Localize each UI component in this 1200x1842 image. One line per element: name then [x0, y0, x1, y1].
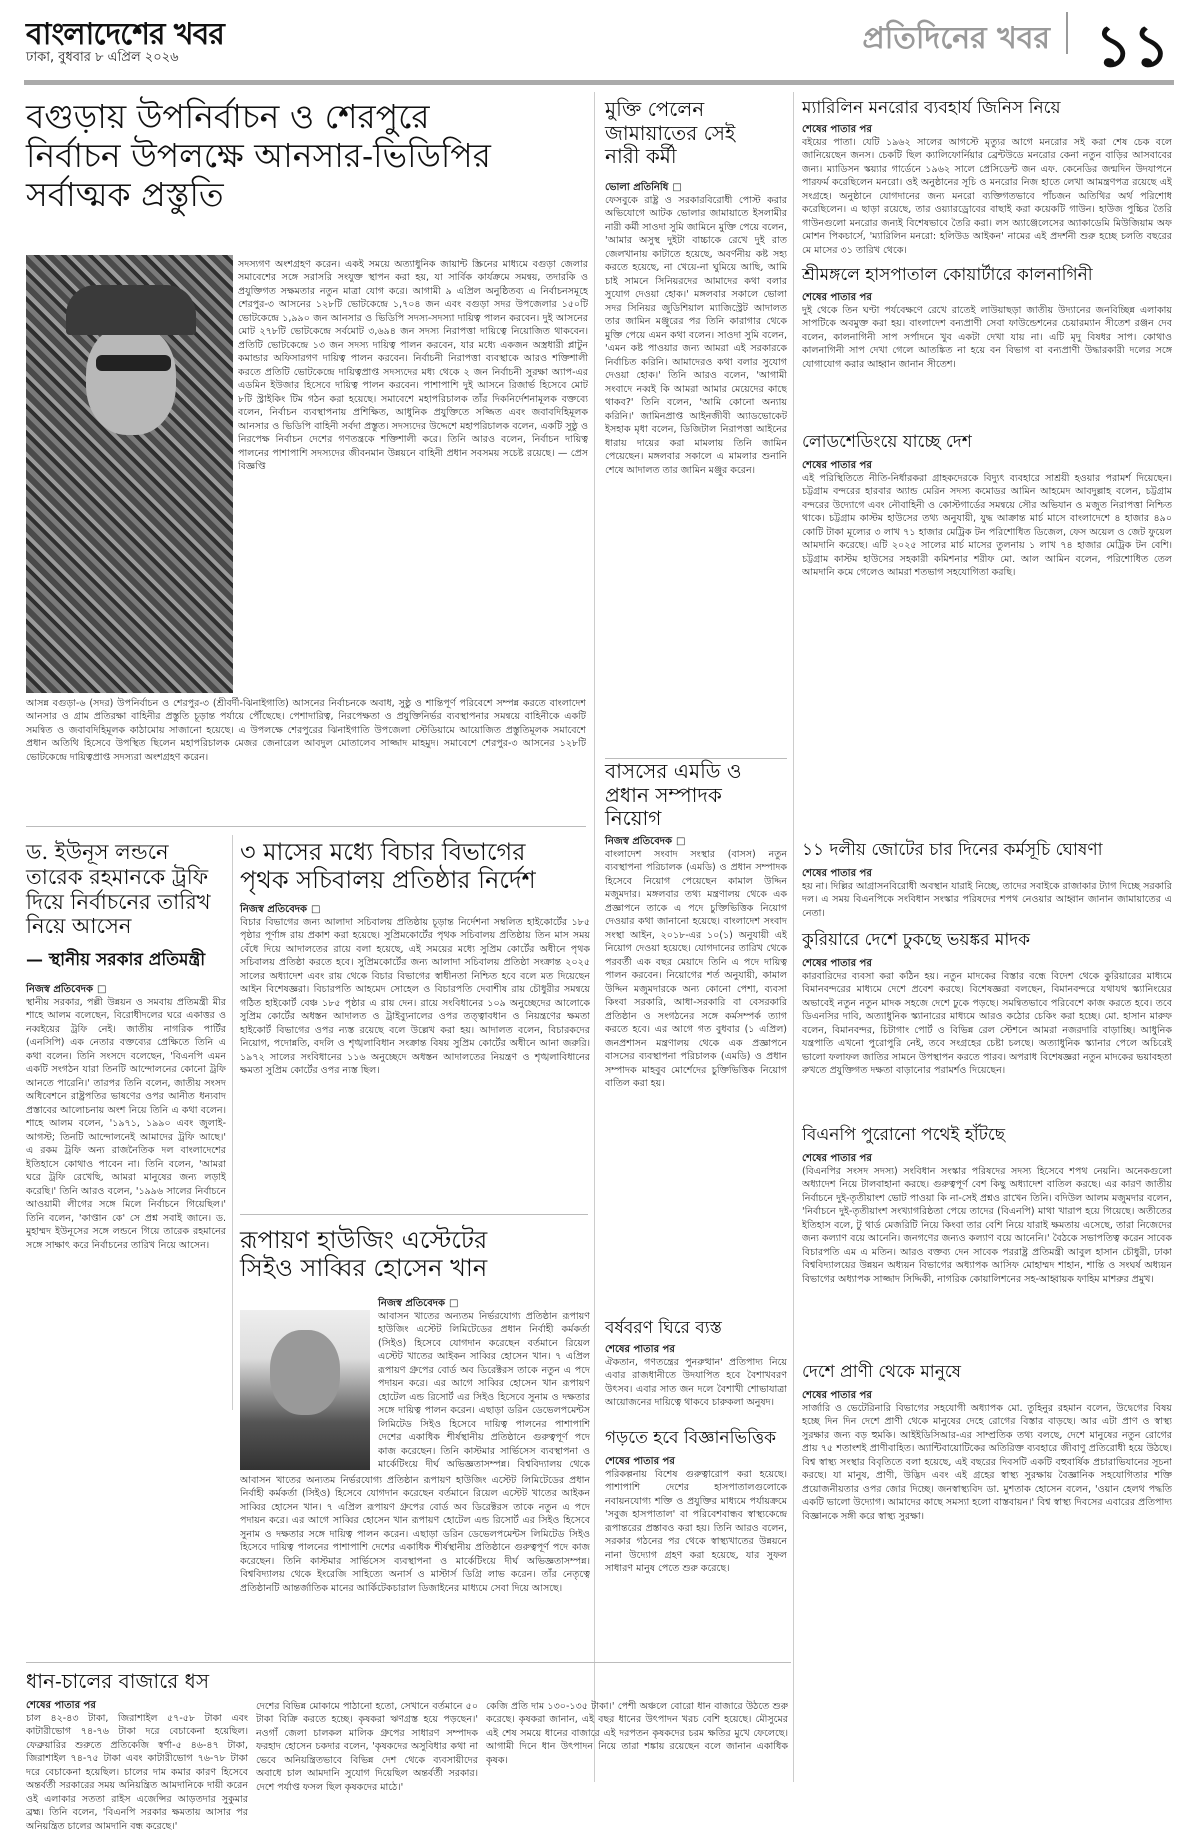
rupayan-headline[interactable]: রূপায়ণ হাউজিং এস্টেটের সিইও সাব্বির হোস… [240, 1226, 590, 1283]
alliance-body: হয় না। দিল্লির আগ্রাসনবিরোধী অবস্থান যা… [802, 880, 1172, 922]
jamaat-headline[interactable]: মুক্তি পেলেন জামায়াতের সেই নারী কর্মী [605, 98, 785, 169]
section-divider [1066, 12, 1068, 54]
lead-caption: আসন্ন বগুড়া-৬ (সদর) উপনির্বাচন ও শেরপুর… [26, 697, 586, 817]
rupayan-ceo-photo [240, 1310, 370, 1470]
sreemangal-headline[interactable]: শ্রীমঙ্গলে হাসপাতাল কোয়ার্টারে কালনাগিন… [802, 265, 1172, 285]
face-shape [86, 325, 176, 435]
column-divider [793, 92, 794, 1782]
lead-photo [26, 255, 233, 693]
beret [66, 285, 196, 335]
story-divider [26, 826, 586, 827]
monroe-headline[interactable]: ম্যারিলিন মনরোর ব্যবহার্য জিনিস নিয়ে [802, 98, 1172, 118]
drugs-body: কারবারিদের ব্যবসা করা কঠিন হয়। নতুন মাদ… [802, 970, 1172, 1115]
yunus-subhead: — স্থানীয় সরকার প্রতিমন্ত্রী [26, 950, 226, 970]
lead-headline[interactable]: বগুড়ায় উপনির্বাচন ও শেরপুরে নির্বাচন উ… [26, 98, 586, 215]
yunus-body: স্থানীয় সরকার, পল্লী উন্নয়ন ও সমবায় প… [26, 996, 226, 1406]
judiciary-headline[interactable]: ৩ মাসের মধ্যে বিচার বিভাগের পৃথক সচিবালয… [240, 838, 590, 895]
rupayan-body-2: আবাসন খাতের অন্যতম নির্ভরযোগ্য প্রতিষ্ঠা… [240, 1474, 590, 1654]
yunus-headline[interactable]: ড. ইউনূস লন্ডনে তারেক রহমানকে ট্রফি দিয়… [26, 840, 226, 939]
borshoboron-headline[interactable]: বর্ষবরণ ঘিরে ব্যস্ত [605, 1318, 787, 1338]
bnp-body: (বিএনপির সংসদ সদস্য) সংবিধান সংস্কার পরি… [802, 1165, 1172, 1350]
animals-headline[interactable]: দেশে প্রাণী থেকে মানুষে [802, 1362, 1172, 1382]
drugs-headline[interactable]: কুরিয়ারে দেশে ঢুকছে ভয়ঙ্কর মাদক [802, 930, 1172, 950]
alliance-headline[interactable]: ১১ দলীয় জোটের চার দিনের কর্মসূচি ঘোষণা [802, 840, 1172, 860]
monroe-body: বইয়ের পাতা। যেটি ১৯৬২ সালের আগস্টে মৃত্… [802, 136, 1172, 254]
column-divider [232, 835, 233, 1410]
rice-body-col2: দেশের বিভিন্ন মোকামে পাঠানো হতো, সেখানে … [256, 1700, 478, 1837]
face-shape [270, 1330, 340, 1415]
rice-body-col3: কেজি প্রতি দাম ১৩০-১৩৫ টাকা।' পেশী অঞ্চল… [486, 1700, 788, 1837]
jamaat-body: ফেসবুকে রাষ্ট্র ও সরকারবিরোধী পোস্ট করার… [605, 194, 787, 754]
animals-body: সার্জারি ও ভেটেরিনারি বিভাগের সহযোগী অধ্… [802, 1402, 1172, 1837]
bnp-headline[interactable]: বিএনপি পুরোনো পথেই হাঁটছে [802, 1125, 1172, 1145]
rice-headline[interactable]: ধান-চালের বাজারে ধস [26, 1670, 426, 1694]
issue-date: ঢাকা, বুধবার ৮ এপ্রিল ২০২৬ [26, 48, 179, 69]
story-divider [240, 1214, 588, 1215]
loadshedding-body: এই পরিস্থিতিতে নীতি-নির্ধারকরা গ্রাহকদের… [802, 472, 1172, 832]
lead-body: সদস্যগণ অংশগ্রহণ করেন। একই সময়ে অত্যাধু… [238, 258, 588, 690]
bss-body: বাংলাদেশ সংবাদ সংস্থার (বাসস) নতুন ব্যবস… [605, 848, 787, 1300]
biggan-headline[interactable]: গড়তে হবে বিজ্ঞানভিত্তিক [605, 1428, 787, 1448]
sreemangal-body: দুই থেকে তিন ঘণ্টা পর্যবেক্ষণে রেখে রাতে… [802, 304, 1172, 422]
sunglasses [96, 355, 171, 371]
loadshedding-headline[interactable]: লোডশেডিংয়ে যাচ্ছে দেশ [802, 432, 1172, 452]
bss-headline[interactable]: বাসসের এমডি ও প্রধান সম্পাদক নিয়োগ [605, 760, 785, 831]
borshoboron-body: ঐকতান, গণতন্ত্রের পুনরুত্থান' প্রতিপাদ্য… [605, 1356, 787, 1418]
section-title: প্রতিদিনের খবর [862, 14, 1050, 65]
judiciary-body: বিচার বিভাগের জন্য আলাদা সচিবালয় প্রতিষ… [240, 916, 590, 1206]
biggan-body: পরিকল্পনায় বিশেষ গুরুত্বারোপ করা হয়েছে… [605, 1468, 787, 1658]
rice-body-col1: চাল ৪২-৪৩ টাকা, জিরাশাইল ৫৭-৫৮ টাকা এবং … [26, 1712, 248, 1837]
story-divider [26, 1662, 791, 1663]
rupayan-body-1: আবাসন খাতের অন্যতম নির্ভরযোগ্য প্রতিষ্ঠা… [378, 1310, 590, 1470]
column-divider [594, 92, 595, 1782]
header-rule [24, 80, 1174, 85]
